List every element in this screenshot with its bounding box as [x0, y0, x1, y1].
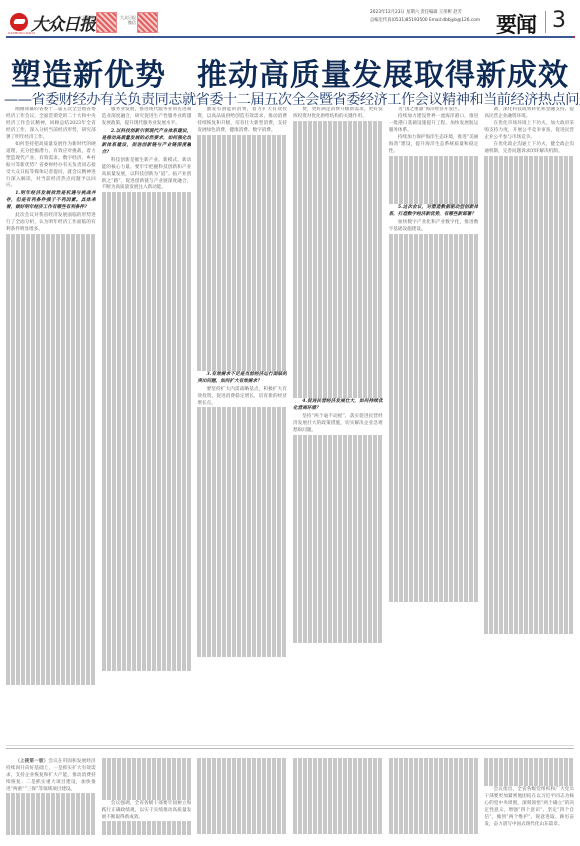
section-divider	[545, 11, 546, 33]
continuation-article: （上接第一版）会议在巩固和发展经济持续回升向好基础上，一是抓实扩大有效需求，支持…	[6, 758, 574, 840]
continuation-column: 会议强调，全省各级干部要牢固树立和践行正确政绩观，以实干实绩推动高质量发展不断取…	[102, 758, 192, 840]
paragraph: 科技创新是催生新产业、新模式、新动能的核心力量。要牢牢把握科技创新和产业高质量发…	[102, 158, 192, 193]
article-column: 激发有潜能的消费，着力扩大有效投资，以高品质供给创造有效需求，推动消费持续恢复和…	[197, 107, 287, 692]
continuation-column	[197, 758, 287, 840]
header-info: 2023年12月23日 星期六 责任编辑 王彤彬 赵芳 总编室传真(0531)8…	[370, 9, 480, 25]
article-column: 刚刚闭幕的省委十二届五次全会暨省委经济工作会议，全面贯彻党的二十大和中央经济工作…	[6, 107, 96, 692]
page-number: 3	[552, 8, 566, 33]
question-heading: 1.明年经济发展依然是机遇与挑战并存，但是有利条件强于不利因素。具体来看，做好明…	[6, 191, 96, 212]
paragraph: 为“国之重器”海洋经济开发区。	[389, 107, 479, 114]
masthead-rule	[6, 36, 574, 38]
paragraph: 坚持“两个毫不动摇”，落实促进民营经济发展壮大的政策措施，切实解决企业急难愁盼问…	[293, 414, 383, 435]
question-heading: 5.这次会议，对塑造数据驱动型创新体系，打造数字经济新优势，有哪些新部署？	[389, 205, 479, 219]
paragraph: 激发有潜能的消费，着力扩大有效投资，以高品质供给创造有效需求，推动消费持续恢复和…	[197, 107, 287, 135]
section-divider-line	[6, 748, 574, 749]
continuation-column	[389, 758, 479, 840]
qr-label-app: 大众新闻客户端	[76, 15, 94, 25]
continuation-column	[293, 758, 383, 840]
paragraph: 在优化政企沟通上下功夫，健全政企沟通机制，完善问题诉求闭环解决机制。	[484, 142, 574, 156]
paragraph: 此次会议对我省经济发展面临的形势进行了全面分析，认为明年经济工作面临的有利条件明…	[6, 213, 96, 234]
contact-info: 总编室传真(0531)85193500 Email:dbbjyb@126.com	[370, 17, 480, 25]
paragraph: 费，更好满足消费升级新需求，更好发挥投资对优化供给结构的关键作用。	[293, 107, 383, 121]
paragraph: 加快数字产业化和产业数字化，推进数字基础设施建设。	[389, 220, 479, 234]
section-divider-line	[6, 745, 574, 746]
article-column: 服务业发展，推进现代服务业同先进制造业深度融合，研究促进生产性服务业跨越发展政策…	[102, 107, 192, 692]
article-body: 刚刚闭幕的省委十二届五次全会暨省委经济工作会议，全面贯彻党的二十大和中央经济工作…	[6, 107, 574, 692]
article-headline: 塑造新优势 推动高质量发展取得新成效	[0, 50, 580, 94]
continuation-column: （上接第一版）会议在巩固和发展经济持续回升向好基础上，一是抓实扩大有效需求，支持…	[6, 758, 96, 840]
paragraph: 会议指出，全省各级党组织和广大党员干部要更加紧密地团结在以习近平同志为核心的党中…	[484, 786, 574, 828]
section-title: 要闻	[496, 9, 536, 39]
question-heading: 2.以科技创新引领现代产业体系建设，是推动高质量发展的必然要求，如何强化创新体系…	[102, 129, 192, 157]
paragraph: 持续加力保护海洋生态环境，推进“美丽海湾”建设，提升海洋生态系统质量和稳定性。	[389, 135, 479, 156]
continuation-column: 会议指出，全省各级党组织和广大党员干部要更加紧密地团结在以习近平同志为核心的党中…	[484, 758, 574, 840]
issue-date-editors: 2023年12月23日 星期六 责任编辑 王彤彬 赵芳	[370, 9, 480, 17]
paragraph: 要坚持扩大内需战略基点，积极扩大有效投资，促进消费稳定增长，培育新的经济增长点。	[197, 387, 287, 408]
qr-code-icon[interactable]	[96, 12, 117, 33]
continuation-lead: （上接第一版）	[15, 759, 48, 764]
paragraph: 会议强调，全省各级干部要牢固树立和践行正确政绩观，以实干实绩推动高质量发展不断取…	[102, 800, 192, 821]
paragraph: 持续加力建设世界一流海洋港口，推进一批港口基础设施提升工程，加快发展航运服务体系…	[389, 114, 479, 135]
qr-label-wechat: 大众日报微信	[118, 15, 136, 25]
article-subheadline: ——省委财经办有关负责同志就省委十二届五次全会暨省委经济工作会议精神和当前经济热…	[4, 89, 580, 109]
paragraph: 在优化市场环境上下功夫，加大政府采购支持力度，开展公平竞争审查，促进民营企业公平…	[484, 121, 574, 142]
article-column: 调，深化科技成果转化和金融支持，提高民营企业融资环境。 在优化市场环境上下功夫，…	[484, 107, 574, 692]
question-heading: 3.有效需求不足是当前经济运行面临的突出问题，如何扩大有效需求？	[197, 372, 287, 386]
article-column: 费，更好满足消费升级新需求，更好发挥投资对优化供给结构的关键作用。 4.促进民营…	[293, 107, 383, 692]
paragraph: 如何坚持把高质量发展作为新时代的硬道理，充分挖掘潜力，有效应对挑战，着力塑造现代…	[6, 142, 96, 191]
qr-code-icon[interactable]	[137, 12, 158, 33]
paragraph: 服务业发展，推进现代服务业同先进制造业深度融合，研究促进生产性服务业跨越发展政策…	[102, 107, 192, 128]
paragraph: 调，深化科技成果转化和金融支持，提高民营企业融资环境。	[484, 107, 574, 121]
question-heading: 4.促进民营经济发展壮大，如何持续优化营商环境？	[293, 399, 383, 413]
masthead: DAZHONG DAILY 大众日报 大众新闻客户端 大众日报微信 2023年1…	[0, 0, 580, 40]
newspaper-logo-icon	[10, 13, 28, 31]
article-column: 为“国之重器”海洋经济开发区。 持续加力建设世界一流海洋港口，推进一批港口基础设…	[389, 107, 479, 692]
paragraph: 刚刚闭幕的省委十二届五次全会暨省委经济工作会议，全面贯彻党的二十大和中央经济工作…	[6, 107, 96, 142]
